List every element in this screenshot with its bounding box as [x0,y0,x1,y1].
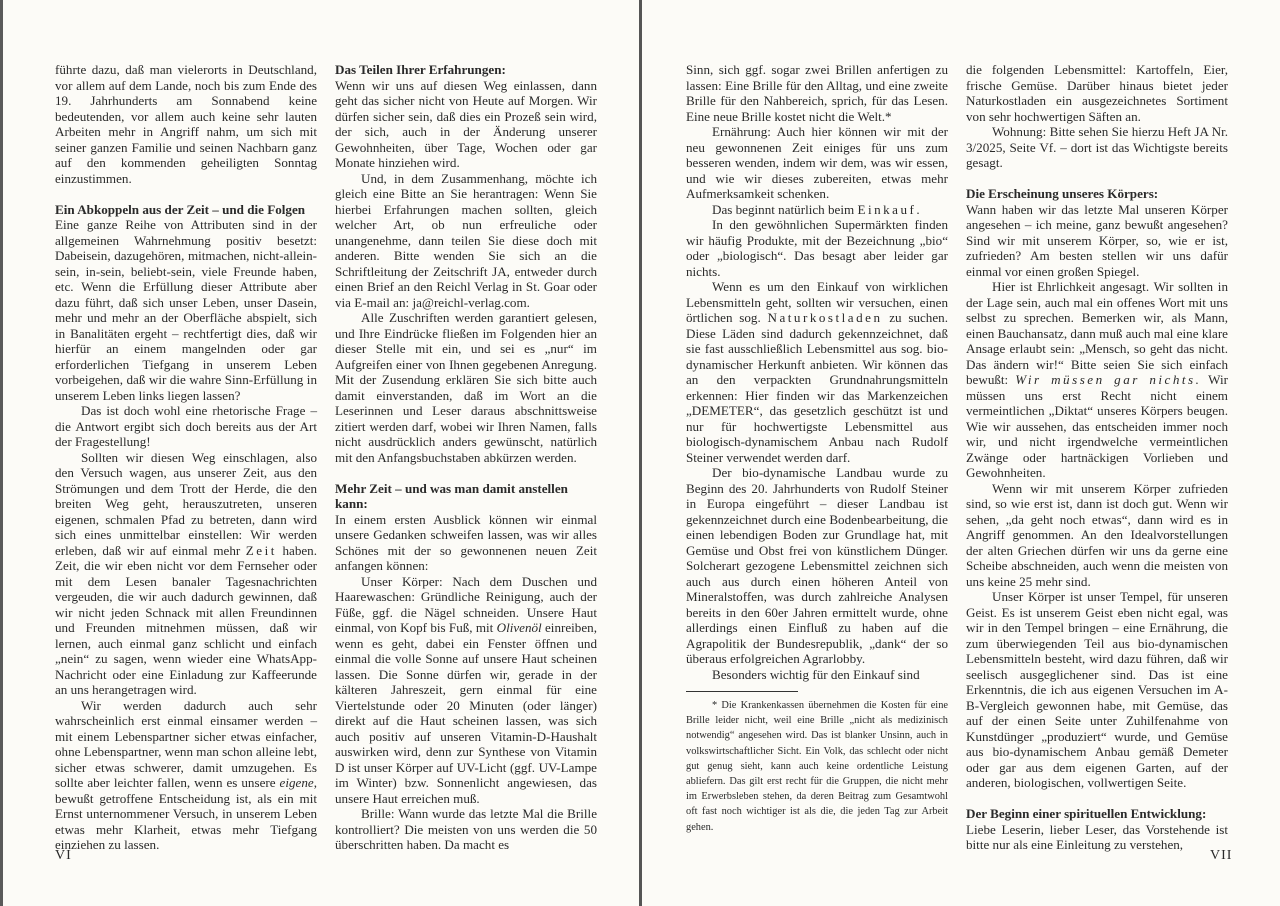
right-page-column-2: die folgenden Lebensmittel: Kartoffeln, … [966,62,1228,853]
footnote: * Die Krankenkassen übernehmen die Koste… [686,698,948,835]
paragraph: Das beginnt natürlich beim Einkauf. [686,202,948,218]
paragraph: Unser Körper: Nach dem Duschen und Haare… [335,574,597,807]
section-heading: Mehr Zeit – und was man damit anstellen … [335,481,597,512]
emphasis-italic: Olivenöl [497,620,542,635]
paragraph: Hier ist Ehrlichkeit angesagt. Wir sollt… [966,279,1228,481]
emphasis-spaced: Naturkostladen [768,310,883,325]
paragraph: Wenn wir mit unserem Körper zufrieden si… [966,481,1228,590]
section-heading: Die Erscheinung unseres Körpers: [966,186,1228,202]
page-number-left: VI [55,848,72,864]
page-edge [0,0,3,906]
paragraph: führte dazu, daß man vielerorts in Deuts… [55,62,317,186]
paragraph: Wann haben wir das letzte Mal unseren Kö… [966,202,1228,280]
left-page-column-1: führte dazu, daß man vielerorts in Deuts… [55,62,317,853]
paragraph: Brille: Wann wurde das letzte Mal die Br… [335,806,597,853]
left-page-column-2: Das Teilen Ihrer Erfahrungen: Wenn wir u… [335,62,597,853]
paragraph: Das ist doch wohl eine rhetorische Frage… [55,403,317,450]
paragraph: In einem ersten Ausblick können wir einm… [335,512,597,574]
paragraph: Sollten wir diesen Weg einschlagen, also… [55,450,317,698]
paragraph: In den gewöhnlichen Supermärkten finden … [686,217,948,279]
section-heading: Ein Abkoppeln aus der Zeit – und die Fol… [55,202,317,218]
paragraph: Der bio-dynamische Landbau wurde zu Begi… [686,465,948,667]
paragraph: Wohnung: Bitte sehen Sie hierzu Heft JA … [966,124,1228,171]
paragraph: Besonders wichtig für den Einkauf sind [686,667,948,683]
paragraph: Ernährung: Auch hier können wir mit der … [686,124,948,202]
paragraph: Eine ganze Reihe von Attributen sind in … [55,217,317,403]
footnote-rule [686,691,798,692]
right-page-column-1: Sinn, sich ggf. sogar zwei Brillen anfer… [686,62,948,835]
page-gutter [639,0,642,906]
section-heading: Der Beginn einer spirituellen Entwicklun… [966,806,1228,822]
paragraph: Wir werden dadurch auch sehr wahrscheinl… [55,698,317,853]
emphasis-spaced: Einkauf [857,202,916,217]
paragraph: Unser Körper ist unser Tempel, für unser… [966,589,1228,791]
section-heading: Das Teilen Ihrer Erfahrungen: [335,62,597,78]
paragraph: Und, in dem Zusammenhang, möchte ich gle… [335,171,597,311]
page-number-right: VII [1210,848,1232,864]
paragraph: Wenn es um den Einkauf von wirklichen Le… [686,279,948,465]
emphasis-italic: eigene [280,775,314,790]
emphasis-italic-spaced: Wir müssen gar nichts. [1015,372,1201,387]
paragraph: Sinn, sich ggf. sogar zwei Brillen anfer… [686,62,948,124]
paragraph: Wenn wir uns auf diesen Weg einlassen, d… [335,78,597,171]
paragraph: die folgenden Lebensmittel: Kartoffeln, … [966,62,1228,124]
paragraph: Liebe Leserin, lieber Leser, das Vorsteh… [966,822,1228,853]
emphasis-spaced: Zeit [246,543,277,558]
paragraph: Alle Zuschriften werden garantiert geles… [335,310,597,465]
